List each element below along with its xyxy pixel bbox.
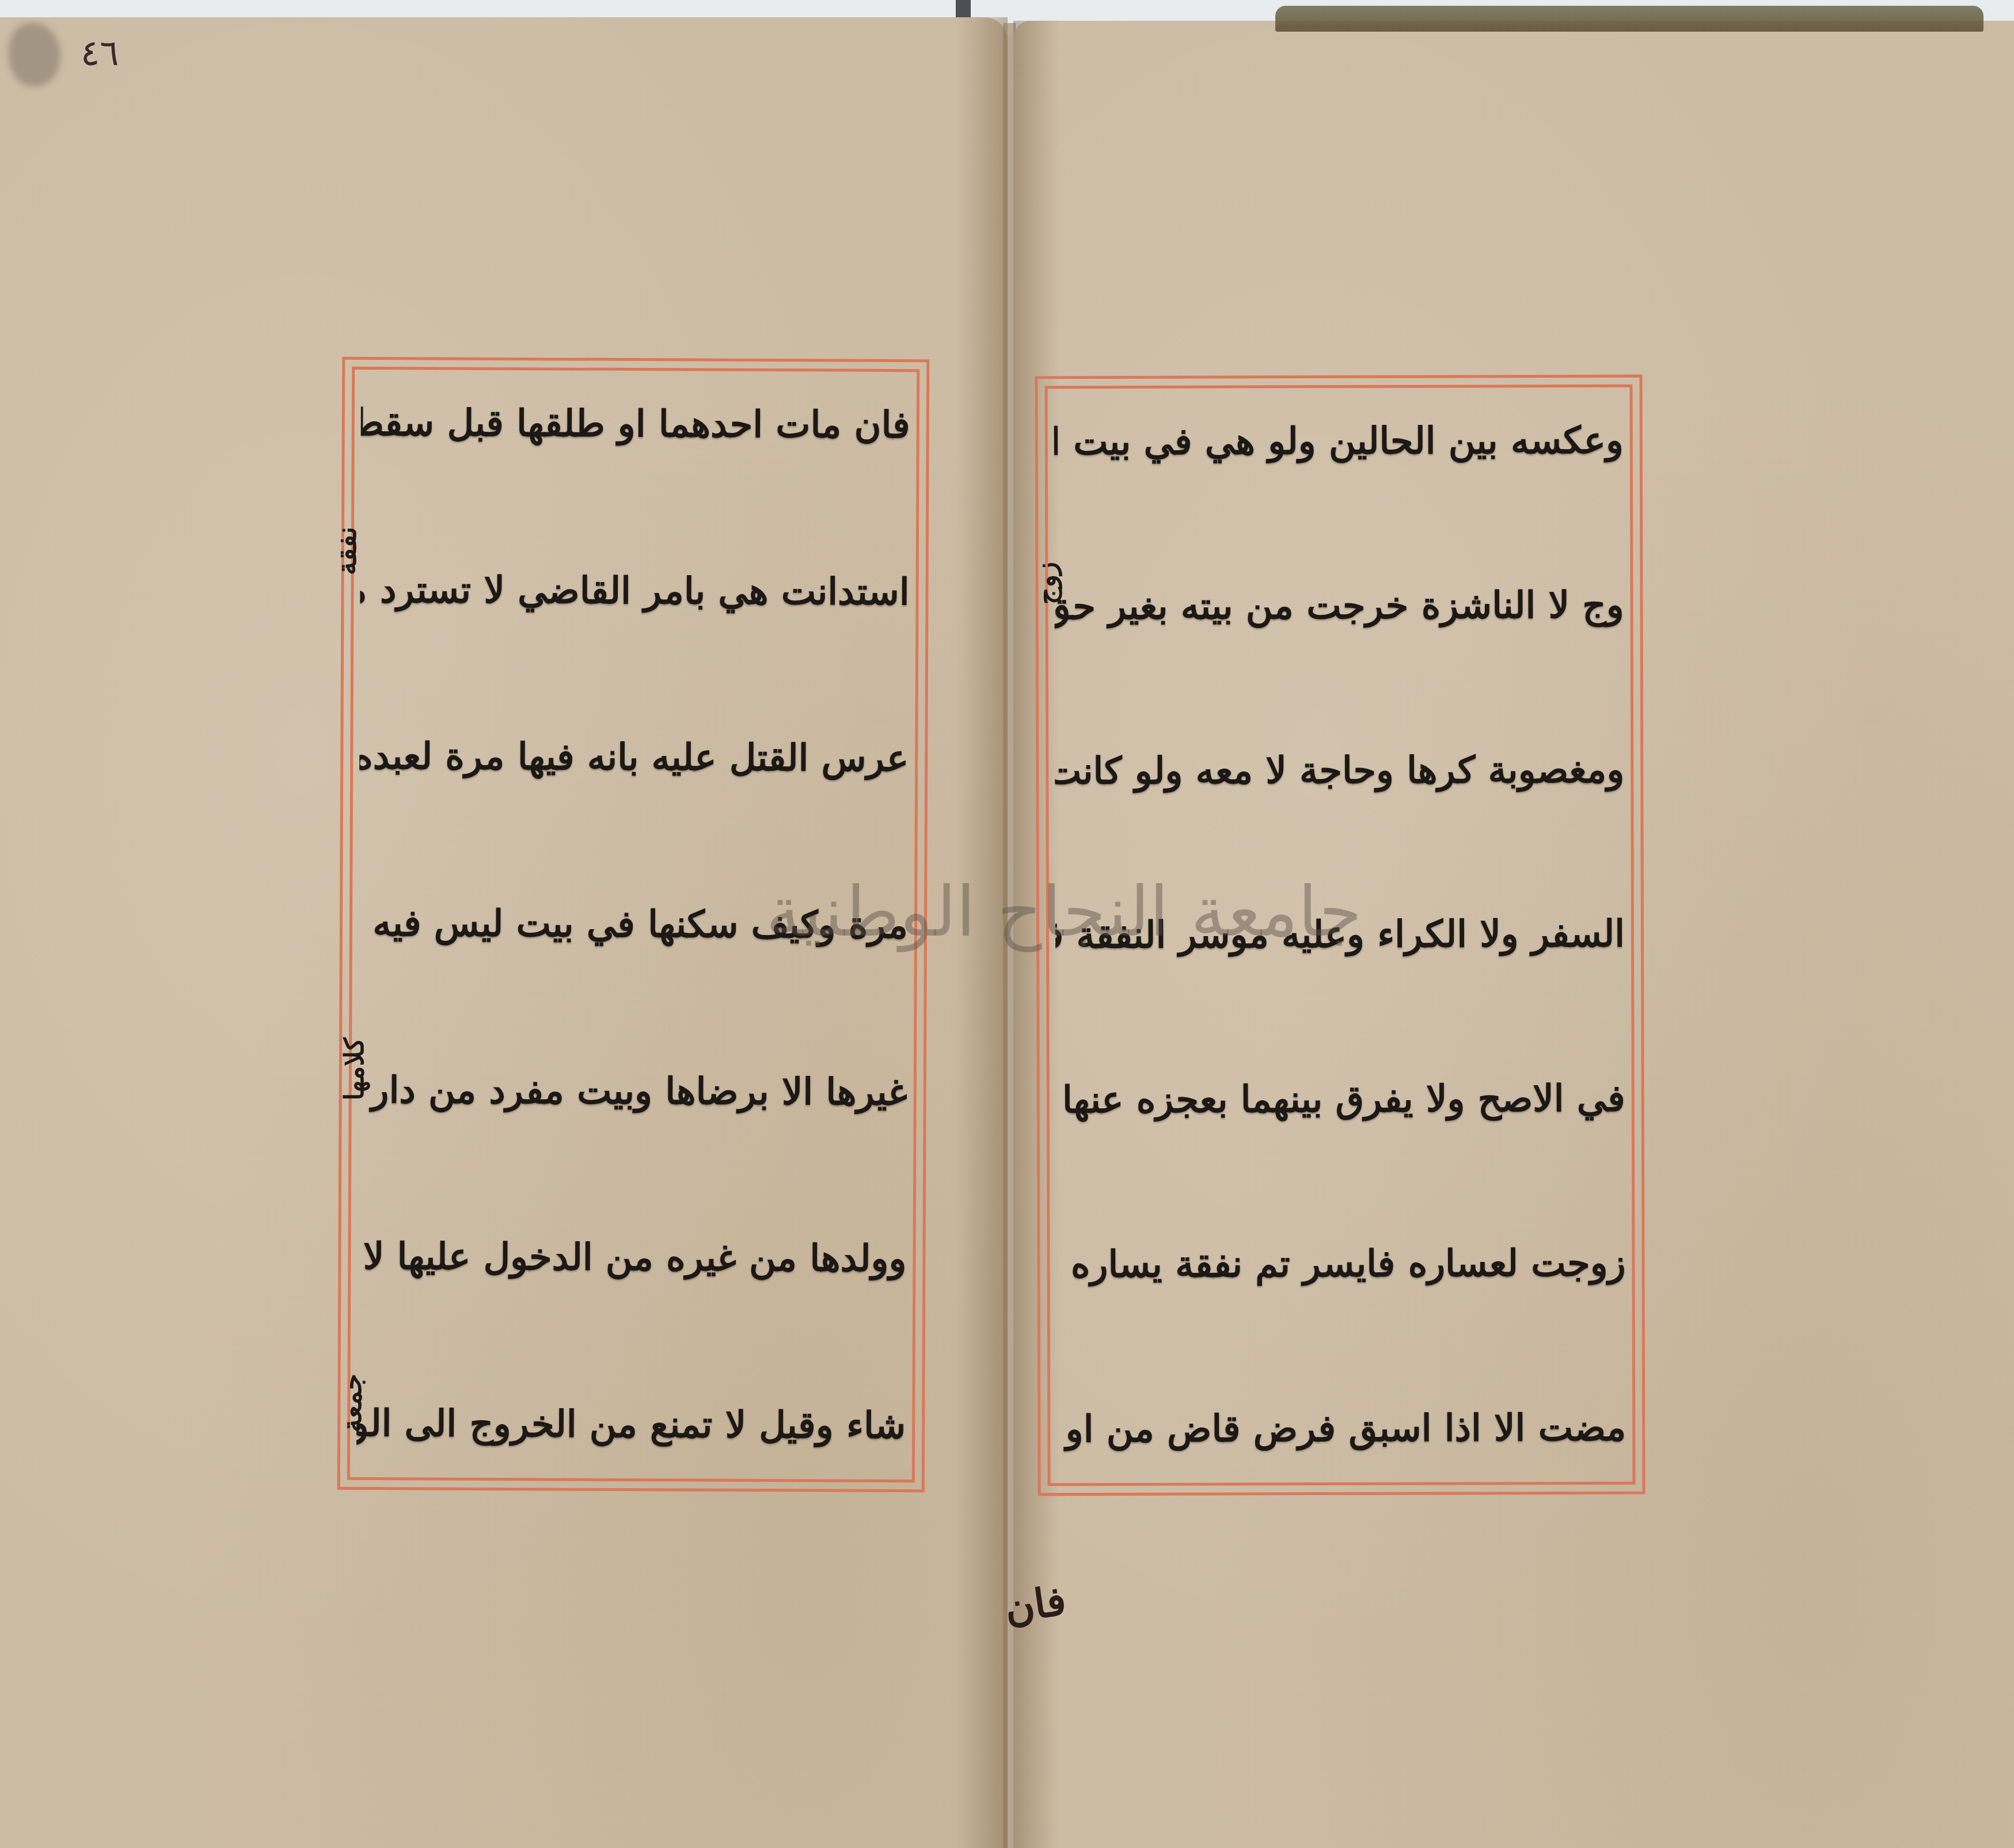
text-line: وج لا الناشزة خرجت من بيته بغير حق ومحبو…	[1054, 560, 1624, 653]
text-line: استدانت هي بامر القاضي لا تسترد معجلة مد…	[360, 544, 910, 638]
text-line: عرس القتل عليه بانه فيها مرة لعبده اخرى …	[359, 710, 909, 805]
text-line: مضت الا اذا اسبق فرض قاض من او رضا بشي ف…	[1057, 1382, 1626, 1476]
text-line: وعكسه بين الحالين ولو هي في بيت ابيها او…	[1054, 395, 1624, 489]
text-line: في الاصح ولا يفرق بينهما بعجزه عنها وتؤم…	[1056, 1053, 1625, 1147]
margin-note: نفقة	[331, 527, 362, 575]
text-line: وولدها من غيره من الدخول عليها لا من الن…	[357, 1211, 907, 1305]
text-line: ومغصوبة كرها وحاجة لا معه ولو كانت معه ا…	[1055, 724, 1624, 817]
catchword: فان	[1002, 1576, 1069, 1632]
damaged-page-edge	[1275, 6, 1983, 32]
corner-stain	[9, 23, 60, 86]
margin-note: جمعة	[336, 1374, 367, 1432]
watermark: جامعة النجاح الوطنية	[766, 872, 1362, 952]
text-line: شاء وقيل لا تمنع من الخروج الى الوالدين …	[356, 1378, 906, 1472]
text-line: فان مات احدهما او طلقها قبل سقط قبض المف…	[360, 377, 910, 471]
text-line: زوجت لعساره فايسر تم نفقة يساره ان طلبت …	[1056, 1218, 1625, 1311]
margin-note: زوج	[1031, 562, 1062, 604]
margin-note: كلامها	[339, 1037, 370, 1100]
folio-number: ٤٦	[81, 32, 119, 74]
text-line: غيرها الا برضاها وبيت مفرد من دار الغلق …	[358, 1044, 907, 1139]
